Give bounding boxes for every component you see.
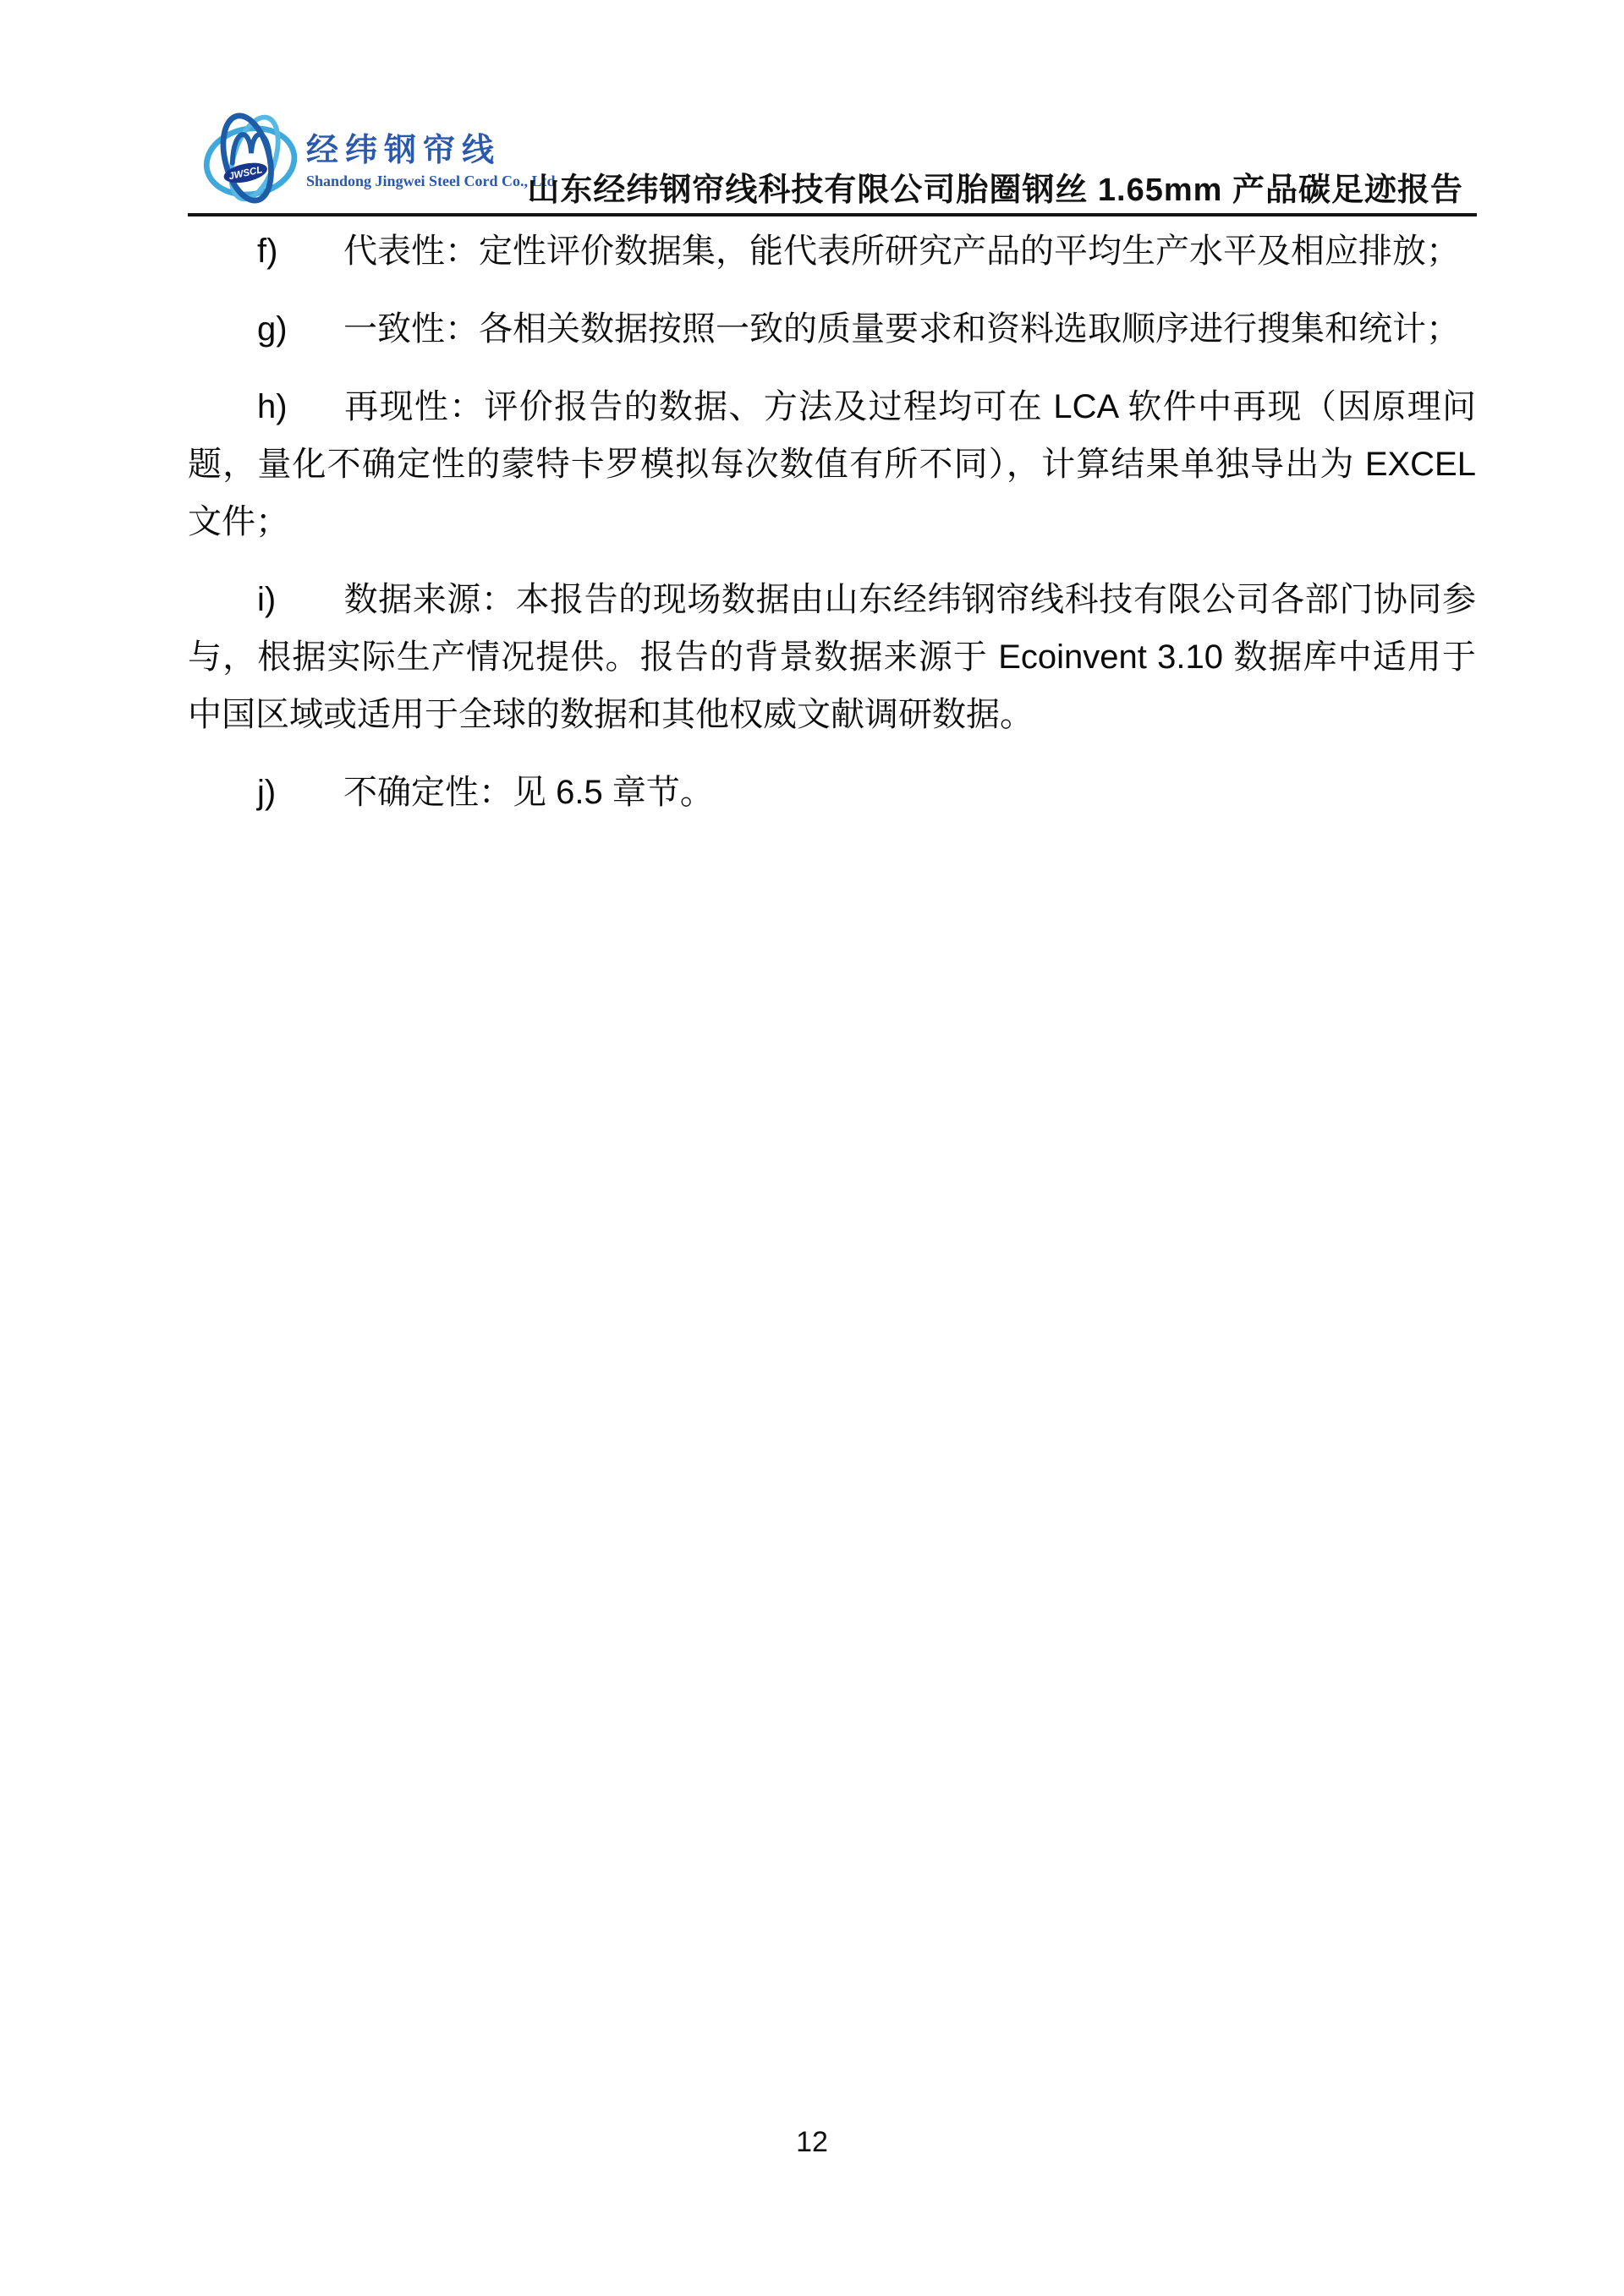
list-item-g: g)一致性：各相关数据按照一致的质量要求和资料选取顺序进行搜集和统计； — [188, 300, 1476, 358]
list-item-label: h) — [257, 378, 343, 436]
company-logo: JWSCL 经纬钢帘线 Shandong Jingwei Steel Cord … — [203, 108, 556, 208]
list-item-label: g) — [257, 300, 343, 358]
list-item-i: i)数据来源：本报告的现场数据由山东经纬钢帘线科技有限公司各部门协同参与，根据实… — [188, 571, 1476, 743]
list-item-text: 数据来源：本报告的现场数据由山东经纬钢帘线科技有限公司各部门协同参与，根据实际生… — [188, 581, 1476, 733]
logo-chinese-name: 经纬钢帘线 — [306, 134, 556, 169]
list-item-text: 再现性：评价报告的数据、方法及过程均可在 LCA 软件中再现（因原理问题，量化不… — [188, 388, 1476, 540]
document-page: JWSCL 经纬钢帘线 Shandong Jingwei Steel Cord … — [0, 0, 1624, 2296]
list-item-f: f)代表性：定性评价数据集，能代表所研究产品的平均生产水平及相应排放； — [188, 222, 1476, 280]
report-body: f)代表性：定性评价数据集，能代表所研究产品的平均生产水平及相应排放； g)一致… — [188, 202, 1476, 821]
list-item-label: f) — [257, 222, 343, 280]
list-item-text: 一致性：各相关数据按照一致的质量要求和资料选取顺序进行搜集和统计； — [343, 310, 1460, 348]
list-item-h: h)再现性：评价报告的数据、方法及过程均可在 LCA 软件中再现（因原理问题，量… — [188, 378, 1476, 551]
list-item-label: i) — [257, 571, 343, 628]
list-item-label: j) — [257, 764, 343, 821]
page-number: 12 — [0, 2126, 1624, 2159]
logo-names: 经纬钢帘线 Shandong Jingwei Steel Cord Co., L… — [306, 108, 556, 190]
list-item-text: 不确定性：见 6.5 章节。 — [343, 774, 714, 811]
list-item-j: j)不确定性：见 6.5 章节。 — [188, 764, 1476, 821]
globe-logo-icon: JWSCL — [203, 108, 301, 208]
logo-english-name: Shandong Jingwei Steel Cord Co., Ltd — [306, 173, 556, 190]
list-item-text: 代表性：定性评价数据集，能代表所研究产品的平均生产水平及相应排放； — [343, 233, 1460, 270]
